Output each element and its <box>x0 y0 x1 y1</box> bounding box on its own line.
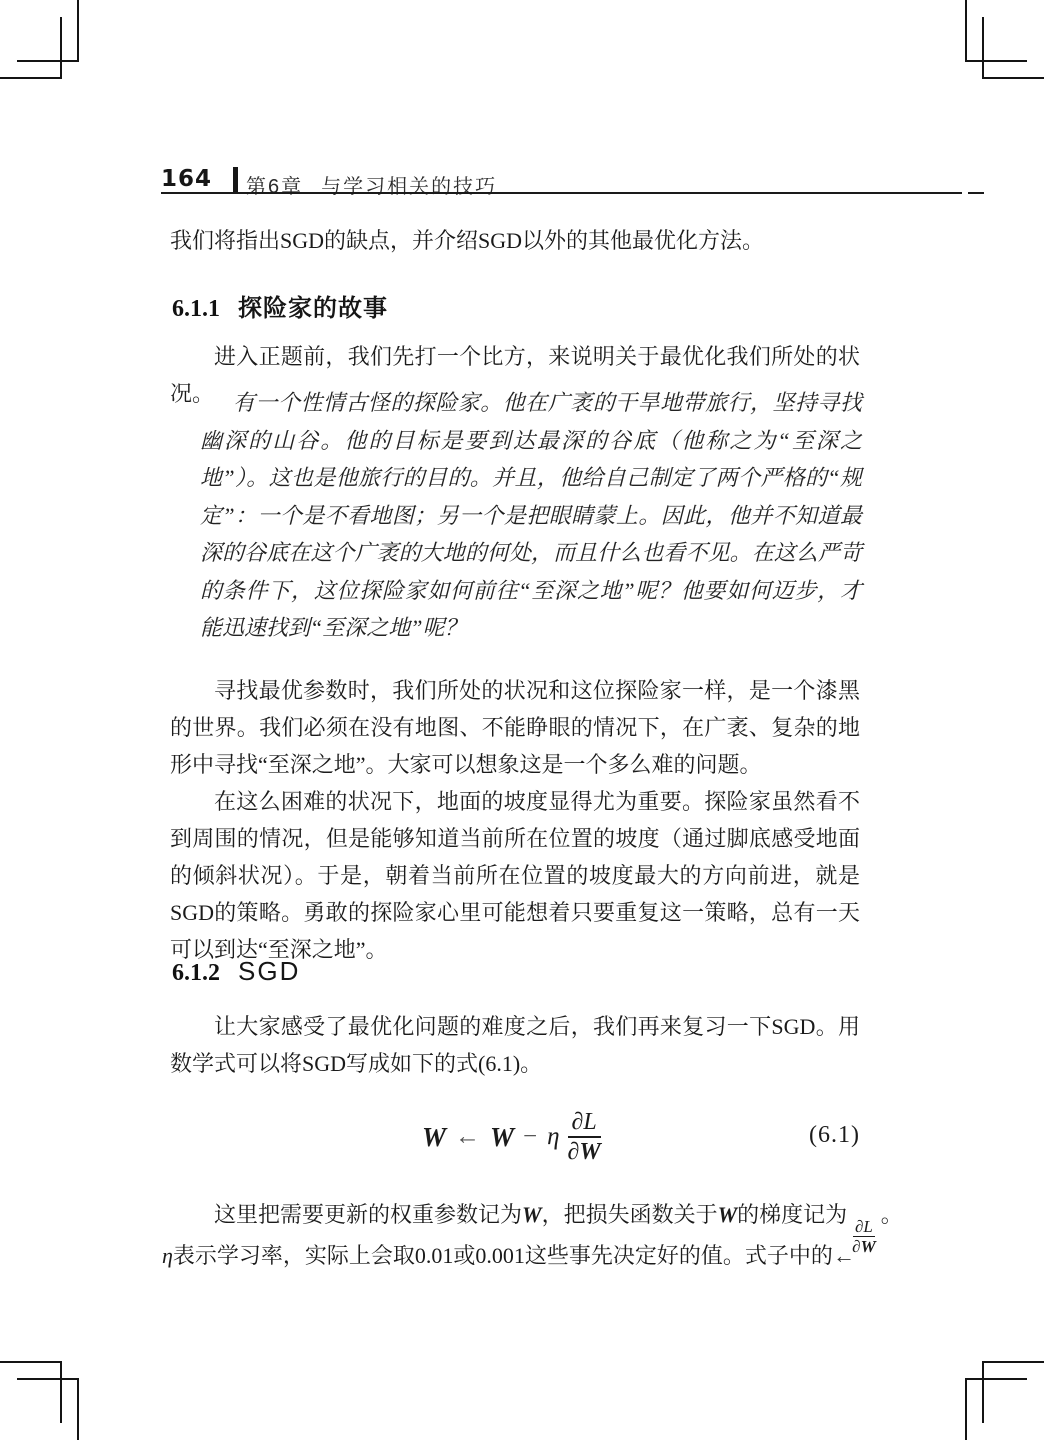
paragraph-slope-strategy: 在这么困难的状况下，地面的坡度显得尤为重要。探险家虽然看不到周围的情况，但是能够… <box>170 783 860 968</box>
crop-mark-top-right <box>982 77 1044 79</box>
intro-paragraph: 我们将指出SGD的缺点，并介绍SGD以外的其他最优化方法。 <box>170 222 860 259</box>
assign-arrow-inline: ← <box>833 1243 855 1268</box>
weight-symbol: W <box>522 1202 542 1227</box>
header-divider-bar <box>233 167 238 192</box>
fraction-denominator: ∂W <box>564 1138 605 1166</box>
crop-mark-top-left <box>0 77 62 79</box>
learning-rate-symbol: η <box>162 1243 173 1268</box>
crop-mark-top-left <box>77 0 79 62</box>
crop-mark-bottom-right <box>982 1361 1044 1363</box>
header-rule-dash <box>968 192 984 194</box>
crop-mark-bottom-left <box>60 1361 62 1423</box>
crop-mark-top-right <box>965 60 1027 62</box>
chapter-title: 与学习相关的技巧 <box>321 176 497 198</box>
crop-mark-bottom-right <box>965 1378 1027 1380</box>
equation-row: W ← W − η ∂L ∂W (6.1) <box>170 1106 860 1168</box>
paragraph-dark-world: 寻找最优参数时，我们所处的状况和这位探险家一样，是一个漆黑的世界。我们必须在没有… <box>170 672 860 783</box>
section-number: 6.1.1 <box>172 296 220 322</box>
crop-mark-bottom-right <box>965 1378 967 1440</box>
sgd-update-equation: W ← W − η ∂L ∂W <box>422 1106 605 1168</box>
header-rule <box>161 192 962 194</box>
crop-mark-top-left <box>60 17 62 79</box>
book-page: 164 第6章与学习相关的技巧 我们将指出SGD的缺点，并介绍SGD以外的其他最… <box>0 0 1044 1440</box>
section-heading-6-1-2: 6.1.2SGD <box>172 956 300 987</box>
explain-paragraph-line-2: η表示学习率，实际上会取0.01或0.001这些事先决定好的值。式子中的← <box>170 1237 870 1274</box>
page-number: 164 <box>161 166 212 192</box>
fraction-numerator: ∂L <box>568 1108 601 1138</box>
lead-paragraph-6-1-2: 让大家感受了最优化问题的难度之后，我们再来复习一下SGD。用数学式可以将SGD写… <box>170 1008 860 1082</box>
section-title: SGD <box>238 956 300 986</box>
weight-symbol: W <box>422 1122 445 1153</box>
section-number: 6.1.2 <box>172 960 220 986</box>
learning-rate-symbol: η <box>547 1123 559 1151</box>
section-title: 探险家的故事 <box>238 295 388 322</box>
crop-mark-top-right <box>982 17 984 79</box>
crop-mark-top-left <box>17 60 79 62</box>
chapter-label: 第6章 <box>246 176 303 198</box>
explorer-story-block: 有一个性情古怪的探险家。他在广袤的干旱地带旅行，坚持寻找幽深的山谷。他的目标是要… <box>200 384 862 647</box>
crop-mark-bottom-left <box>0 1361 62 1363</box>
running-header: 第6章与学习相关的技巧 <box>246 170 497 199</box>
discussion-paragraphs: 寻找最优参数时，我们所处的状况和这位探险家一样，是一个漆黑的世界。我们必须在没有… <box>170 672 860 968</box>
gradient-fraction: ∂L ∂W <box>564 1108 605 1166</box>
crop-mark-bottom-left <box>17 1378 79 1380</box>
weight-symbol: W <box>718 1202 738 1227</box>
crop-mark-top-right <box>965 0 967 62</box>
section-heading-6-1-1: 6.1.1探险家的故事 <box>172 288 388 323</box>
assign-arrow: ← <box>455 1123 480 1151</box>
crop-mark-bottom-right <box>982 1361 984 1423</box>
weight-symbol: W <box>490 1122 513 1153</box>
crop-mark-bottom-left <box>77 1378 79 1440</box>
minus-sign: − <box>523 1123 537 1151</box>
equation-tag: (6.1) <box>809 1122 860 1149</box>
